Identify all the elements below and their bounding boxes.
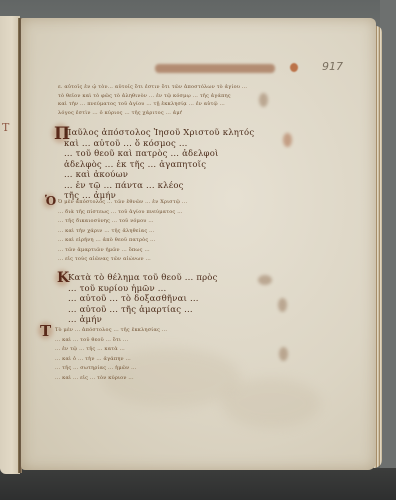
photo-background-right [380,0,396,500]
decorated-initial: Ὁ [45,194,56,208]
text-line: λόγος ἐστὶν ... ὁ κύριος ... τῆς χάριτος… [58,110,182,116]
text-line: ... καὶ εἰρήνη ... ἀπὸ θεοῦ πατρὸς ... [58,237,283,243]
margin-marker [283,133,292,147]
margin-marker [259,93,268,107]
verso-initial: T [2,121,9,134]
text-line: ... καὶ ... τοῦ θεοῦ ... ὅτι ... [55,337,283,343]
text-line: ἀδελφὸς ... ἐκ τῆς ... ἀγαπητοῖς [64,160,282,170]
text-line: Τὸ μὲν ... ἀπόστολος ... τῆς ἐκκλησίας .… [55,327,283,333]
text-line: ... τῆς δικαιοσύνης ... τοῦ νόμου ... [58,218,283,224]
text-line: ... ἐν τῷ ... πάντα ... κλέος [64,181,282,191]
text-line: καὶ τὴν ... πνεύματος τοῦ ἁγίου ... τῇ ἐ… [58,101,283,107]
text-line: ... τῆς ... σωτηρίας ... ἡμῶν ... [55,365,283,371]
text-line: ... διὰ τῆς πίστεως ... τοῦ ἁγίου πνεύμα… [58,209,283,215]
text-line: ... τοῦ θεοῦ καὶ πατρὸς ... ἀδελφοὶ [64,149,282,159]
photo-background-bottom [0,468,396,500]
decorated-initial: Τ [40,322,51,340]
headpiece-ornament [290,63,298,72]
text-line: ... καὶ τὴν χάριν ... τῆς ἀληθείας ... [58,228,283,234]
text-line: ... αὐτοῦ ... τῆς ἁμαρτίας ... [68,305,282,315]
text-line: ... τοῦ κυρίου ἡμῶν ... [68,284,282,294]
text-line: Ὁ μὲν ἀπόστολος ... τῶν ἐθνῶν ... ἐν Χρι… [58,199,283,205]
margin-marker [278,298,287,312]
text-line: ... ἐν τῷ ... τῆς ... κατὰ ... [55,346,283,352]
text-line: ... ἀμήν [68,315,186,325]
text-line: Κατὰ τὸ θέλημα τοῦ θεοῦ ... πρὸς [68,273,282,283]
text-line: ... αὐτοῦ ... τὸ δοξασθῆναι ... [68,294,282,304]
margin-marker [258,275,272,285]
text-line: ε. αὐτοῖς ἐν ᾧ τὸν... αὐτοῖς ὅτι ἐστιν ὅ… [58,84,283,90]
text-line: ... καὶ ὁ ... τὴν ... ἀγάπην ... [55,356,283,362]
text-line: Παῦλος ἀπόστολος Ἰησοῦ Χριστοῦ κλητός [64,128,282,138]
folio-number: 917 [322,60,343,73]
text-line: ... καὶ ἀκούων [64,170,282,180]
text-line: ... εἰς τοὺς αἰῶνας τῶν αἰώνων ... [58,256,182,262]
text-line: ... καὶ ... εἰς ... τὸν κύριον ... [55,375,180,381]
text-line: καὶ ... αὐτοῦ ... ὅ κόσμος ... [64,139,282,149]
verso-page-edge: T [0,16,20,474]
text-line: ... τῶν ἁμαρτιῶν ἡμῶν ... ὅπως ... [58,247,283,253]
stain [221,378,321,428]
text-line: τὸ θεῖον καὶ τὸ φῶς τὸ ἀληθινὸν ... ἐν τ… [58,93,283,99]
margin-marker [279,347,288,361]
